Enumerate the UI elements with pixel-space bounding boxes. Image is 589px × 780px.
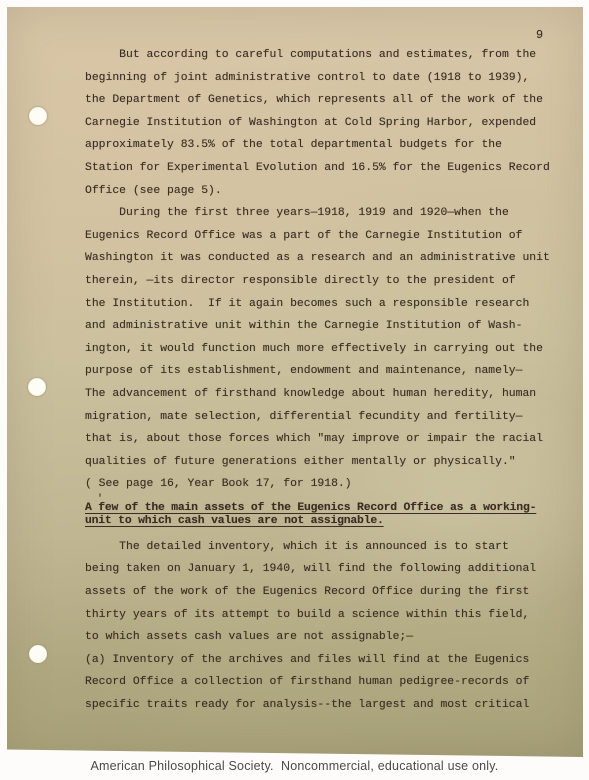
- page-number: 9: [536, 28, 543, 42]
- text-line: ington, it would function much more effe…: [85, 338, 563, 361]
- text-column: But according to careful computations an…: [85, 44, 563, 717]
- stray-apostrophe-mark: ': [97, 494, 103, 505]
- punch-hole-top: [29, 107, 47, 125]
- scanned-page: 9 But according to careful computations …: [7, 7, 583, 757]
- text-line: specific traits ready for analysis--the …: [85, 694, 563, 717]
- section-heading: A few of the main assets of the Eugenics…: [85, 502, 563, 528]
- text-line: Station for Experimental Evolution and 1…: [85, 157, 563, 180]
- paragraph-block: The detailed inventory, which it is anno…: [85, 536, 563, 717]
- text-line: therein, —its director responsible direc…: [85, 270, 563, 293]
- text-line: being taken on January 1, 1940, will fin…: [85, 558, 563, 581]
- punch-hole-middle: [28, 378, 46, 396]
- text-line: During the first three years—1918, 1919 …: [85, 202, 563, 225]
- text-line: migration, mate selection, differential …: [85, 406, 563, 429]
- text-line: and administrative unit within the Carne…: [85, 315, 563, 338]
- text-line: (a) Inventory of the archives and files …: [85, 649, 563, 672]
- paragraph-block: But according to careful computations an…: [85, 44, 563, 496]
- text-line: assets of the work of the Eugenics Recor…: [85, 581, 563, 604]
- text-line: the Institution. If it again becomes suc…: [85, 293, 563, 316]
- text-line: Eugenics Record Office was a part of the…: [85, 225, 563, 248]
- text-line: But according to careful computations an…: [85, 44, 563, 67]
- text-line: the Department of Genetics, which repres…: [85, 89, 563, 112]
- text-line: Office (see page 5).: [85, 180, 563, 203]
- text-line: A few of the main assets of the Eugenics…: [85, 502, 563, 515]
- punch-hole-bottom: [29, 645, 47, 663]
- text-line: beginning of joint administrative contro…: [85, 67, 563, 90]
- text-line: Carnegie Institution of Washington at Co…: [85, 112, 563, 135]
- text-line: to which assets cash values are not assi…: [85, 626, 563, 649]
- text-line: Washington it was conducted as a researc…: [85, 247, 563, 270]
- text-line: that is, about those forces which "may i…: [85, 428, 563, 451]
- text-line: The detailed inventory, which it is anno…: [85, 536, 563, 559]
- text-line: thirty years of its attempt to build a s…: [85, 604, 563, 627]
- text-line: approximately 83.5% of the total departm…: [85, 134, 563, 157]
- archive-caption: American Philosophical Society. Noncomme…: [0, 759, 589, 773]
- text-line: qualities of future generations either m…: [85, 451, 563, 474]
- text-line: The advancement of firsthand knowledge a…: [85, 383, 563, 406]
- text-line: purpose of its establishment, endowment …: [85, 360, 563, 383]
- text-line: ( See page 16, Year Book 17, for 1918.): [85, 473, 563, 496]
- text-line: unit to which cash values are not assign…: [85, 515, 563, 528]
- text-line: Record Office a collection of firsthand …: [85, 671, 563, 694]
